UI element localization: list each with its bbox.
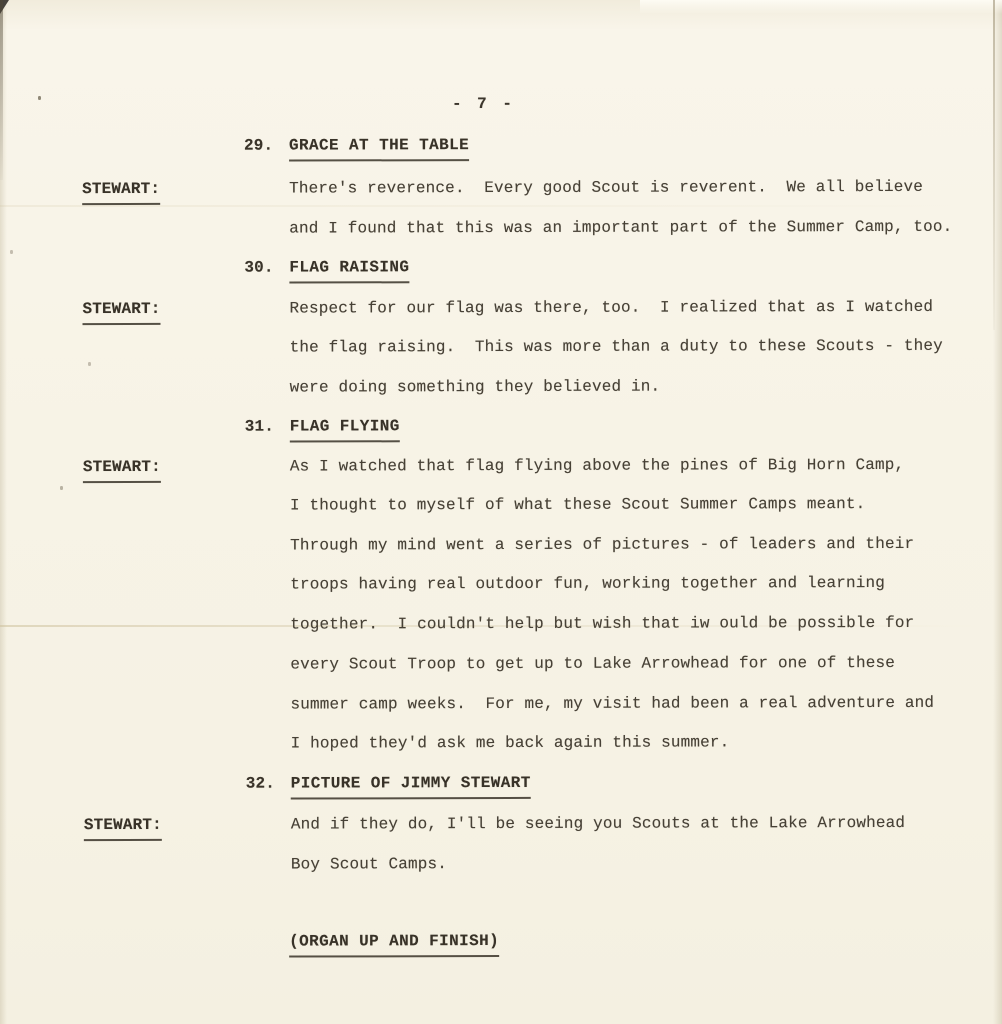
dialogue-row: I thought to myself of what these Scout … bbox=[0, 492, 1002, 519]
scene-heading-29: 29. GRACE AT THE TABLE bbox=[0, 132, 1001, 159]
scene-title: FLAG RAISING bbox=[289, 255, 409, 283]
scene-title: GRACE AT THE TABLE bbox=[289, 133, 469, 161]
script-page: - 7 - 29. GRACE AT THE TABLE STEWART: Th… bbox=[0, 0, 1002, 1024]
dialogue-row: were doing something they believed in. bbox=[0, 374, 1002, 401]
scene-heading-31: 31. FLAG FLYING bbox=[0, 413, 1002, 440]
scene-number: 29. bbox=[244, 134, 273, 158]
dialogue-line: Boy Scout Camps. bbox=[291, 852, 447, 876]
scene-title: FLAG FLYING bbox=[290, 414, 400, 442]
dialogue-row: STEWART: Respect for our flag was there,… bbox=[0, 295, 1001, 322]
dialogue-row: troops having real outdoor fun, working … bbox=[0, 571, 1002, 598]
dialogue-line: were doing something they believed in. bbox=[290, 375, 661, 400]
scene-heading-30: 30. FLAG RAISING bbox=[0, 254, 1001, 281]
dialogue-row: the flag raising. This was more than a d… bbox=[0, 334, 1002, 361]
dialogue-line: And if they do, I'll be seeing you Scout… bbox=[291, 811, 905, 837]
dialogue-line: troops having real outdoor fun, working … bbox=[290, 571, 885, 597]
dialogue-line: the flag raising. This was more than a d… bbox=[290, 334, 943, 360]
dialogue-line: together. I couldn't help but wish that … bbox=[290, 611, 914, 637]
dialogue-row: Boy Scout Camps. bbox=[1, 851, 1002, 878]
scene-title: PICTURE OF JIMMY STEWART bbox=[291, 771, 531, 800]
typewritten-content: - 7 - 29. GRACE AT THE TABLE STEWART: Th… bbox=[0, 0, 1002, 1024]
scene-number: 31. bbox=[245, 415, 274, 439]
dialogue-line: I thought to myself of what these Scout … bbox=[290, 492, 865, 518]
page-number-row: - 7 - bbox=[0, 91, 1001, 118]
dialogue-line: There's reverence. Every good Scout is r… bbox=[289, 175, 923, 201]
scene-heading-32: 32. PICTURE OF JIMMY STEWART bbox=[1, 770, 1002, 797]
dialogue-row: and I found that this was an important p… bbox=[0, 215, 1001, 242]
dialogue-line: summer camp weeks. For me, my visit had … bbox=[290, 691, 934, 717]
dialogue-line: and I found that this was an important p… bbox=[289, 215, 952, 241]
dialogue-row: I hoped they'd ask me back again this su… bbox=[1, 730, 1002, 757]
dialogue-row: STEWART: There's reverence. Every good S… bbox=[0, 175, 1001, 202]
speaker-label: STEWART: bbox=[82, 297, 160, 325]
dialogue-row: STEWART: As I watched that flag flying a… bbox=[0, 453, 1002, 480]
scene-number: 30. bbox=[244, 256, 273, 280]
page-number: - 7 - bbox=[452, 92, 515, 116]
speaker-label: STEWART: bbox=[83, 455, 161, 483]
dialogue-row: every Scout Troop to get up to Lake Arro… bbox=[0, 651, 1002, 678]
scene-number: 32. bbox=[246, 772, 275, 796]
dialogue-line: every Scout Troop to get up to Lake Arro… bbox=[290, 651, 895, 677]
dialogue-line: Through my mind went a series of picture… bbox=[290, 532, 914, 558]
dialogue-row: together. I couldn't help but wish that … bbox=[0, 611, 1002, 638]
speaker-label: STEWART: bbox=[82, 177, 160, 205]
closing-cue-row: (ORGAN UP AND FINISH) bbox=[1, 928, 1002, 955]
dialogue-line: I hoped they'd ask me back again this su… bbox=[291, 730, 730, 755]
dialogue-row: Through my mind went a series of picture… bbox=[0, 532, 1002, 559]
dialogue-line: As I watched that flag flying above the … bbox=[290, 453, 904, 479]
dialogue-row: STEWART: And if they do, I'll be seeing … bbox=[1, 811, 1002, 838]
speaker-label: STEWART: bbox=[84, 813, 162, 841]
dialogue-row: summer camp weeks. For me, my visit had … bbox=[0, 691, 1002, 718]
closing-cue: (ORGAN UP AND FINISH) bbox=[289, 929, 499, 958]
dialogue-line: Respect for our flag was there, too. I r… bbox=[289, 295, 933, 321]
